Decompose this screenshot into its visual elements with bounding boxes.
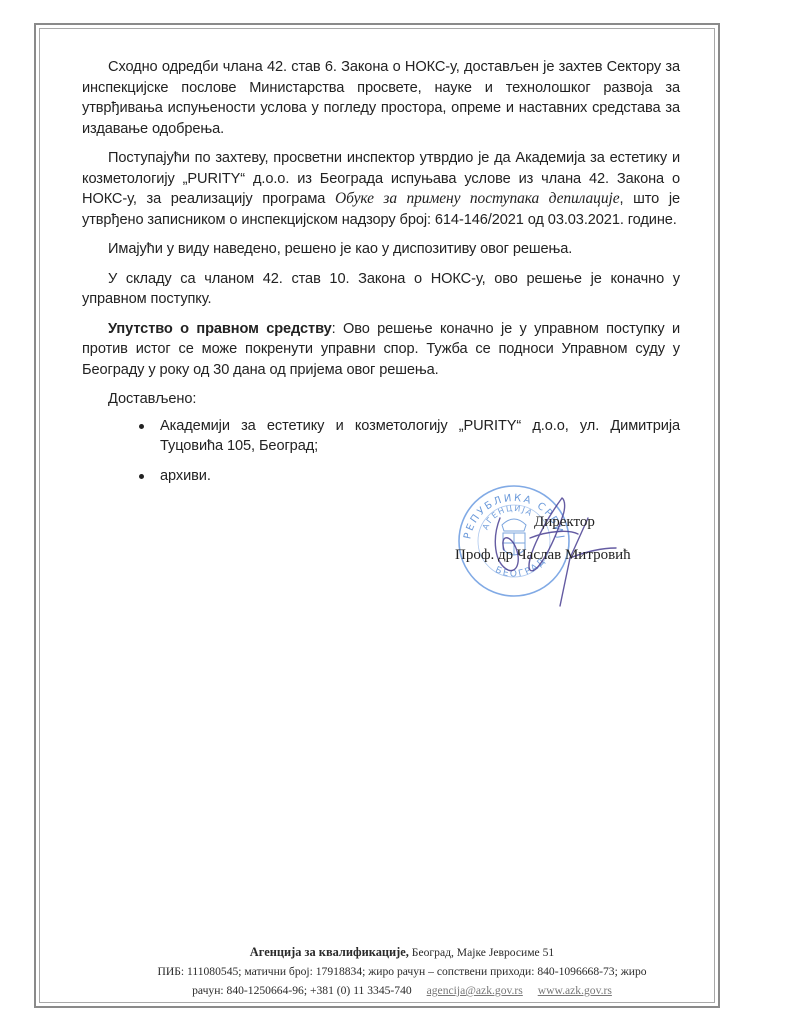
delivered-recipient: архиви. [160,468,211,484]
paragraph-request: Сходно одредби члана 42. став 6. Закона … [82,57,680,139]
paragraph-legal-remedy: Упутство о правном средству: Ово решење … [82,319,680,381]
paragraph-inspection: Поступајући по захтеву, просветни инспек… [82,148,680,230]
footer-line-2: ПИБ: 111080545; матични број: 17918834; … [82,962,722,981]
delivered-recipient: Академији за естетику и козметологију „P… [160,418,680,455]
website-link[interactable]: www.azk.gov.rs [538,984,612,997]
document-body: Сходно одредби члана 42. став 6. Закона … [82,57,680,495]
paragraph-decision: Имајући у виду наведено, решено је као у… [82,239,680,260]
bank-and-phone: рачун: 840-1250664-96; +381 (0) 11 3345-… [192,984,412,997]
signatory-name: Проф. др Часлав Митровић [455,547,631,564]
signatory-title: Директор [534,514,595,531]
footer-line-3: рачун: 840-1250664-96; +381 (0) 11 3345-… [82,981,722,1000]
program-name-italic: Обуке за примену поступака депилације [335,190,619,207]
bullet-icon [139,474,144,479]
bullet-icon [139,424,144,429]
legal-remedy-heading: Упутство о правном средству [108,321,332,337]
delivered-label: Достављено: [82,389,680,410]
footer-line-1: Агенција за квалификације, Београд, Мајк… [82,943,722,962]
signature-icon [470,478,620,608]
organization-name: Агенција за квалификације, [250,945,409,959]
organization-address: Београд, Мајке Јевросиме 51 [412,946,554,959]
delivered-list: Академији за естетику и козметологију „P… [82,416,680,487]
email-link[interactable]: agencija@azk.gov.rs [427,984,523,997]
paragraph-final: У складу са чланом 42. став 10. Закона о… [82,269,680,310]
footer: Агенција за квалификације, Београд, Мајк… [82,943,722,1000]
list-item: Академији за естетику и козметологију „P… [160,416,680,457]
